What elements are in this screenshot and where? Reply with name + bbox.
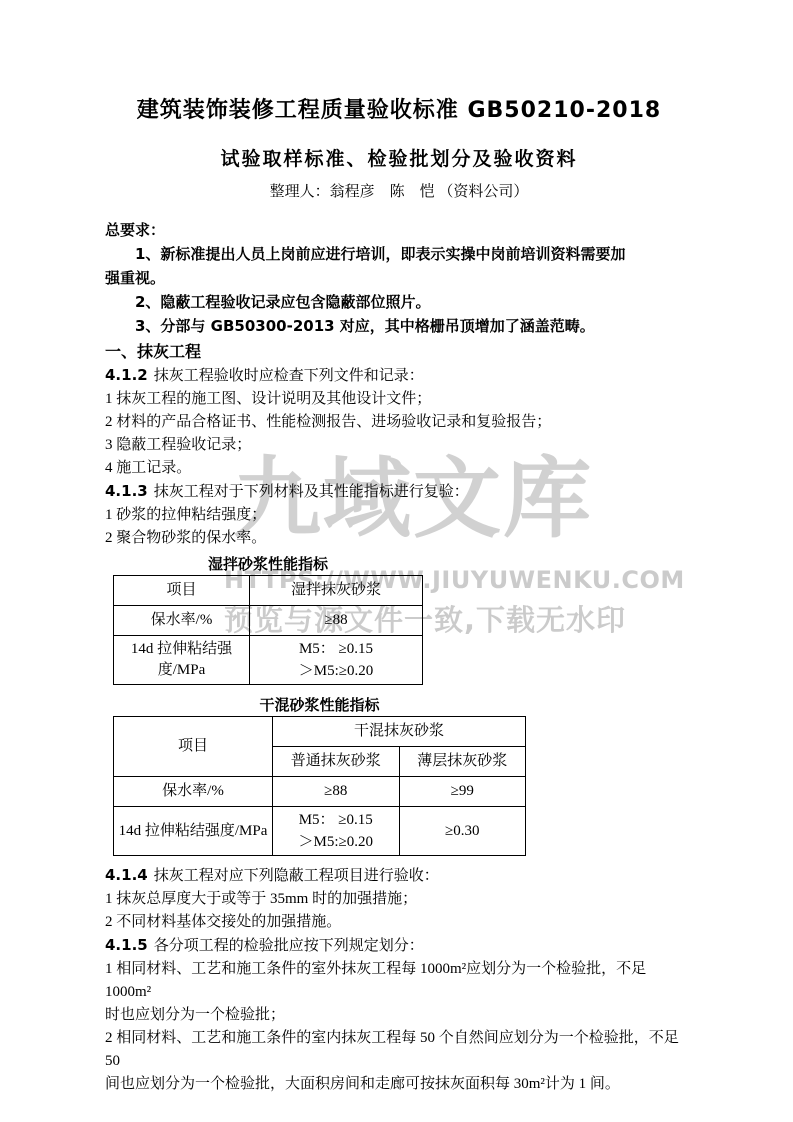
- value-line-1: M5： ≥0.15: [277, 809, 395, 831]
- table-row-water-retention: 保水率/% ≥88: [114, 606, 423, 636]
- clause-4-1-5-item-1-line-1: 1 相同材料、工艺和施工条件的室外抹灰工程每 1000m²应划分为一个检验批，不…: [105, 958, 693, 1004]
- clause-4-1-5: 4.1.5各分项工程的检验批应按下列规定划分：: [105, 934, 693, 958]
- table-row-bond-strength: 14d 拉伸粘结强度/MPa M5： ≥0.15 ＞M5:≥0.20 ≥0.30: [114, 807, 526, 856]
- value-line-2: ＞M5:≥0.20: [277, 831, 395, 853]
- general-item-1-line-2: 强重视。: [105, 266, 693, 290]
- row-label: 保水率/%: [114, 606, 250, 636]
- dry-mortar-table: 项目 干混抹灰砂浆 普通抹灰砂浆 薄层抹灰砂浆 保水率/% ≥88 ≥99 14…: [113, 716, 526, 856]
- table-header-row: 项目 湿拌抹灰砂浆: [114, 576, 423, 606]
- clause-4-1-2-item-2: 2 材料的产品合格证书、性能检测报告、进场验收记录和复验报告；: [105, 411, 693, 434]
- clause-number: 4.1.4: [105, 866, 148, 884]
- clause-number: 4.1.5: [105, 936, 148, 954]
- row-label: 保水率/%: [114, 777, 273, 807]
- clause-4-1-4-item-2: 2 不同材料基体交接处的加强措施。: [105, 911, 693, 934]
- doc-subtitle: 试验取样标准、检验批划分及验收资料: [105, 146, 693, 173]
- table-row-bond-strength: 14d 拉伸粘结强度/MPa M5： ≥0.15 ＞M5:≥0.20: [114, 636, 423, 685]
- clause-text: 抹灰工程验收时应检查下列文件和记录：: [154, 368, 424, 384]
- dry-mortar-table-title: 干混砂浆性能指标: [113, 694, 526, 716]
- table-header-row-group: 项目 干混抹灰砂浆: [114, 717, 526, 747]
- general-item-3: 3、分部与 GB50300-2013 对应，其中格栅吊顶增加了涵盖范畴。: [105, 314, 693, 338]
- clause-text: 各分项工程的检验批应按下列规定划分：: [154, 938, 424, 954]
- row-value-ordinary: M5： ≥0.15 ＞M5:≥0.20: [273, 807, 400, 856]
- table-row-water-retention: 保水率/% ≥88 ≥99: [114, 777, 526, 807]
- section-heading-plastering: 一、抹灰工程: [105, 339, 693, 364]
- document-content: 建筑装饰装修工程质量验收标准 GB50210-2018 试验取样标准、检验批划分…: [105, 96, 693, 1096]
- header-cell-dry-mortar-group: 干混抹灰砂浆: [273, 717, 526, 747]
- doc-title: 建筑装饰装修工程质量验收标准 GB50210-2018: [105, 96, 693, 126]
- wet-mortar-table: 项目 湿拌抹灰砂浆 保水率/% ≥88 14d 拉伸粘结强度/MPa M5： ≥…: [113, 575, 423, 685]
- header-cell-item: 项目: [114, 576, 250, 606]
- row-value: ≥88: [250, 606, 423, 636]
- clause-4-1-2-item-1: 1 抹灰工程的施工图、设计说明及其他设计文件；: [105, 388, 693, 411]
- clause-4-1-4-item-1: 1 抹灰总厚度大于或等于 35mm 时的加强措施；: [105, 888, 693, 911]
- clause-4-1-5-item-2-line-1: 2 相同材料、工艺和施工条件的室内抹灰工程每 50 个自然间应划分为一个检验批，…: [105, 1027, 693, 1073]
- clause-4-1-2: 4.1.2抹灰工程验收时应检查下列文件和记录：: [105, 364, 693, 388]
- general-requirements-heading: 总要求：: [105, 218, 693, 242]
- value-line-1: M5： ≥0.15: [254, 638, 418, 660]
- clause-4-1-3-item-2: 2 聚合物砂浆的保水率。: [105, 527, 693, 550]
- wet-mortar-table-block: 湿拌砂浆性能指标 项目 湿拌抹灰砂浆 保水率/% ≥88 14d 拉伸粘结强度/…: [113, 553, 423, 685]
- clause-4-1-2-item-3: 3 隐蔽工程验收记录；: [105, 434, 693, 457]
- row-value: M5： ≥0.15 ＞M5:≥0.20: [250, 636, 423, 685]
- clause-4-1-3: 4.1.3抹灰工程对于下列材料及其性能指标进行复验：: [105, 480, 693, 504]
- clause-4-1-4: 4.1.4抹灰工程对应下列隐蔽工程项目进行验收：: [105, 864, 693, 888]
- wet-mortar-table-title: 湿拌砂浆性能指标: [113, 553, 423, 575]
- row-value-thin-layer: ≥99: [399, 777, 526, 807]
- clause-text: 抹灰工程对应下列隐蔽工程项目进行验收：: [154, 868, 439, 884]
- clause-4-1-5-item-2-line-2: 间也应划分为一个检验批，大面积房间和走廊可按抹灰面积每 30m²计为 1 间。: [105, 1073, 693, 1096]
- clause-number: 4.1.3: [105, 482, 148, 500]
- clause-4-1-5-item-1-line-2: 时也应划分为一个检验批；: [105, 1004, 693, 1027]
- row-label: 14d 拉伸粘结强度/MPa: [114, 807, 273, 856]
- row-value-thin-layer: ≥0.30: [399, 807, 526, 856]
- value-line-2: ＞M5:≥0.20: [254, 660, 418, 682]
- clause-number: 4.1.2: [105, 366, 148, 384]
- general-item-1-line-1: 1、新标准提出人员上岗前应进行培训，即表示实操中岗前培训资料需要加: [105, 242, 693, 266]
- row-value-ordinary: ≥88: [273, 777, 400, 807]
- clause-text: 抹灰工程对于下列材料及其性能指标进行复验：: [154, 484, 469, 500]
- document-page: 九域文库 HTTPS://WWW.JIUYUWENKU.COM 预览与源文件一致…: [0, 0, 793, 1122]
- clause-4-1-3-item-1: 1 砂浆的拉伸粘结强度；: [105, 504, 693, 527]
- general-item-2: 2、隐蔽工程验收记录应包含隐蔽部位照片。: [105, 290, 693, 314]
- doc-byline: 整理人：翁程彦 陈 恺 （资料公司）: [105, 181, 693, 203]
- header-cell-wet-mortar: 湿拌抹灰砂浆: [250, 576, 423, 606]
- header-cell-item: 项目: [114, 717, 273, 777]
- header-cell-thin-layer: 薄层抹灰砂浆: [399, 747, 526, 777]
- row-label: 14d 拉伸粘结强度/MPa: [114, 636, 250, 685]
- header-cell-ordinary: 普通抹灰砂浆: [273, 747, 400, 777]
- dry-mortar-table-block: 干混砂浆性能指标 项目 干混抹灰砂浆 普通抹灰砂浆 薄层抹灰砂浆 保水率/% ≥…: [113, 694, 526, 856]
- clause-4-1-2-item-4: 4 施工记录。: [105, 457, 693, 480]
